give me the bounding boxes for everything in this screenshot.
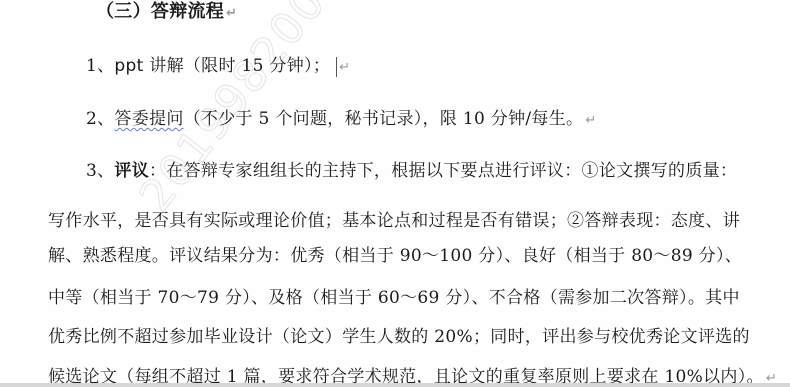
paragraph-line: 解、熟悉程度。评议结果分为：优秀（相当于 90～100 分）、良好（相当于 80… <box>48 245 742 267</box>
section-heading-text: （三）答辩流程 <box>96 1 224 22</box>
item-label: 评议 <box>114 161 149 181</box>
item-number: 2、 <box>86 109 114 129</box>
item-text: ：在答辩专家组组长的主持下，根据以下要点进行评议：①论文撰写的质量： <box>149 161 737 181</box>
section-heading: （三）答辩流程↵ <box>96 1 237 25</box>
paragraph-mark-icon: ↵ <box>226 6 237 21</box>
page-bottom-edge <box>0 383 790 387</box>
list-item-ppt: 1、ppt 讲解（限时 15 分钟）；↵ <box>86 55 350 79</box>
list-item-questions: 2、答委提问（不少于 5 个问题，秘书记录），限 10 分钟/每生。↵ <box>86 108 597 132</box>
item-text: （限时 15 分钟）； <box>184 56 330 76</box>
document-page: 201998200802 2016115200 （三）答辩流程↵ 1、ppt 讲… <box>0 0 790 387</box>
item-number: 3、 <box>86 161 114 181</box>
paragraph-line: 中等（相当于 70～79 分）、及格（相当于 60～69 分）、不合格（需参加二… <box>48 287 740 309</box>
item-number: 1、 <box>86 56 114 76</box>
item-label: 答委提问 <box>114 109 183 129</box>
item-text: （不少于 5 个问题，秘书记录），限 10 分钟/每生。 <box>184 109 584 129</box>
text-cursor <box>336 57 337 77</box>
paragraph-mark-icon: ↵ <box>339 60 350 75</box>
item-label: ppt 讲解 <box>114 56 183 76</box>
list-item-review: 3、评议：在答辩专家组组长的主持下，根据以下要点进行评议：①论文撰写的质量： <box>86 160 737 182</box>
paragraph-line: 优秀比例不超过参加毕业设计（论文）学生人数的 20%；同时，评出参与校优秀论文评… <box>48 326 750 348</box>
paragraph-line: 写作水平，是否具有实际或理论价值；基本论点和过程是否有错误；②答辩表现：态度、讲 <box>48 210 740 232</box>
paragraph-mark-icon: ↵ <box>585 113 596 128</box>
